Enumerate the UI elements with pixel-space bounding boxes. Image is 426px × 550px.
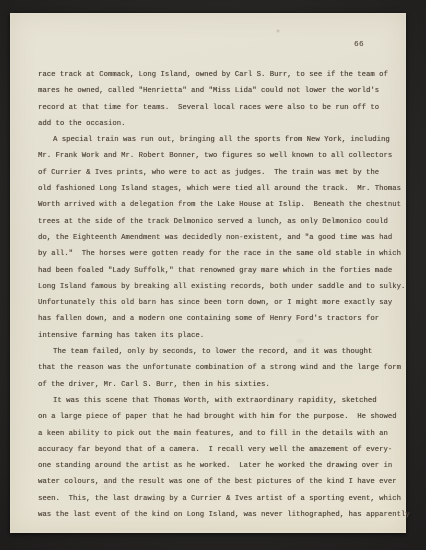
text-line: Long Island famous by breaking all exist… bbox=[38, 279, 410, 295]
paper-speck bbox=[276, 29, 280, 33]
text-line: intensive farming has taken its place. bbox=[38, 328, 410, 344]
text-line: water colours, and the result was one of… bbox=[38, 474, 410, 490]
text-line: was the last event of the kind on Long I… bbox=[38, 507, 410, 523]
page-number: 66 bbox=[354, 40, 364, 50]
text-line: A special train was run out, bringing al… bbox=[38, 132, 410, 148]
text-line: record at that time for teams. Several l… bbox=[38, 100, 410, 116]
text-line: do, the Eighteenth Amendment was decided… bbox=[38, 230, 410, 246]
text-line: mares he owned, called "Henrietta" and "… bbox=[38, 83, 410, 99]
text-line: The team failed, only by seconds, to low… bbox=[38, 344, 410, 360]
text-line: seen. This, the last drawing by a Currie… bbox=[38, 491, 410, 507]
scan-background: 66 race track at Commack, Long Island, o… bbox=[0, 0, 426, 550]
text-line: accuracy far beyond that of a camera. I … bbox=[38, 442, 410, 458]
text-line: by all." The horses were gotten ready fo… bbox=[38, 246, 410, 262]
text-line: on a large piece of paper that he had br… bbox=[38, 409, 410, 425]
text-line: that the reason was the unfortunate comb… bbox=[38, 360, 410, 376]
text-line: Worth arrived with a delegation from the… bbox=[38, 197, 410, 213]
text-line: old fashioned Long Island stages, which … bbox=[38, 181, 410, 197]
text-line: race track at Commack, Long Island, owne… bbox=[38, 67, 410, 83]
text-line: a keen ability to pick out the main feat… bbox=[38, 426, 410, 442]
page-text: race track at Commack, Long Island, owne… bbox=[38, 67, 410, 523]
text-line: It was this scene that Thomas Worth, wit… bbox=[38, 393, 410, 409]
text-line: of the driver, Mr. Carl S. Burr, then in… bbox=[38, 377, 410, 393]
text-line: of Currier & Ives prints, who were to ac… bbox=[38, 165, 410, 181]
text-line: Unfortunately this old barn has since be… bbox=[38, 295, 410, 311]
text-line: Mr. Frank Work and Mr. Robert Bonner, tw… bbox=[38, 148, 410, 164]
text-line: has fallen down, and a modern one contai… bbox=[38, 311, 410, 327]
document-page: 66 race track at Commack, Long Island, o… bbox=[10, 13, 406, 533]
text-line: had been foaled "Lady Suffolk," that ren… bbox=[38, 263, 410, 279]
text-line: one standing around the artist as he wor… bbox=[38, 458, 410, 474]
text-line: trees at the side of the track Delmonico… bbox=[38, 214, 410, 230]
text-line: add to the occasion. bbox=[38, 116, 410, 132]
